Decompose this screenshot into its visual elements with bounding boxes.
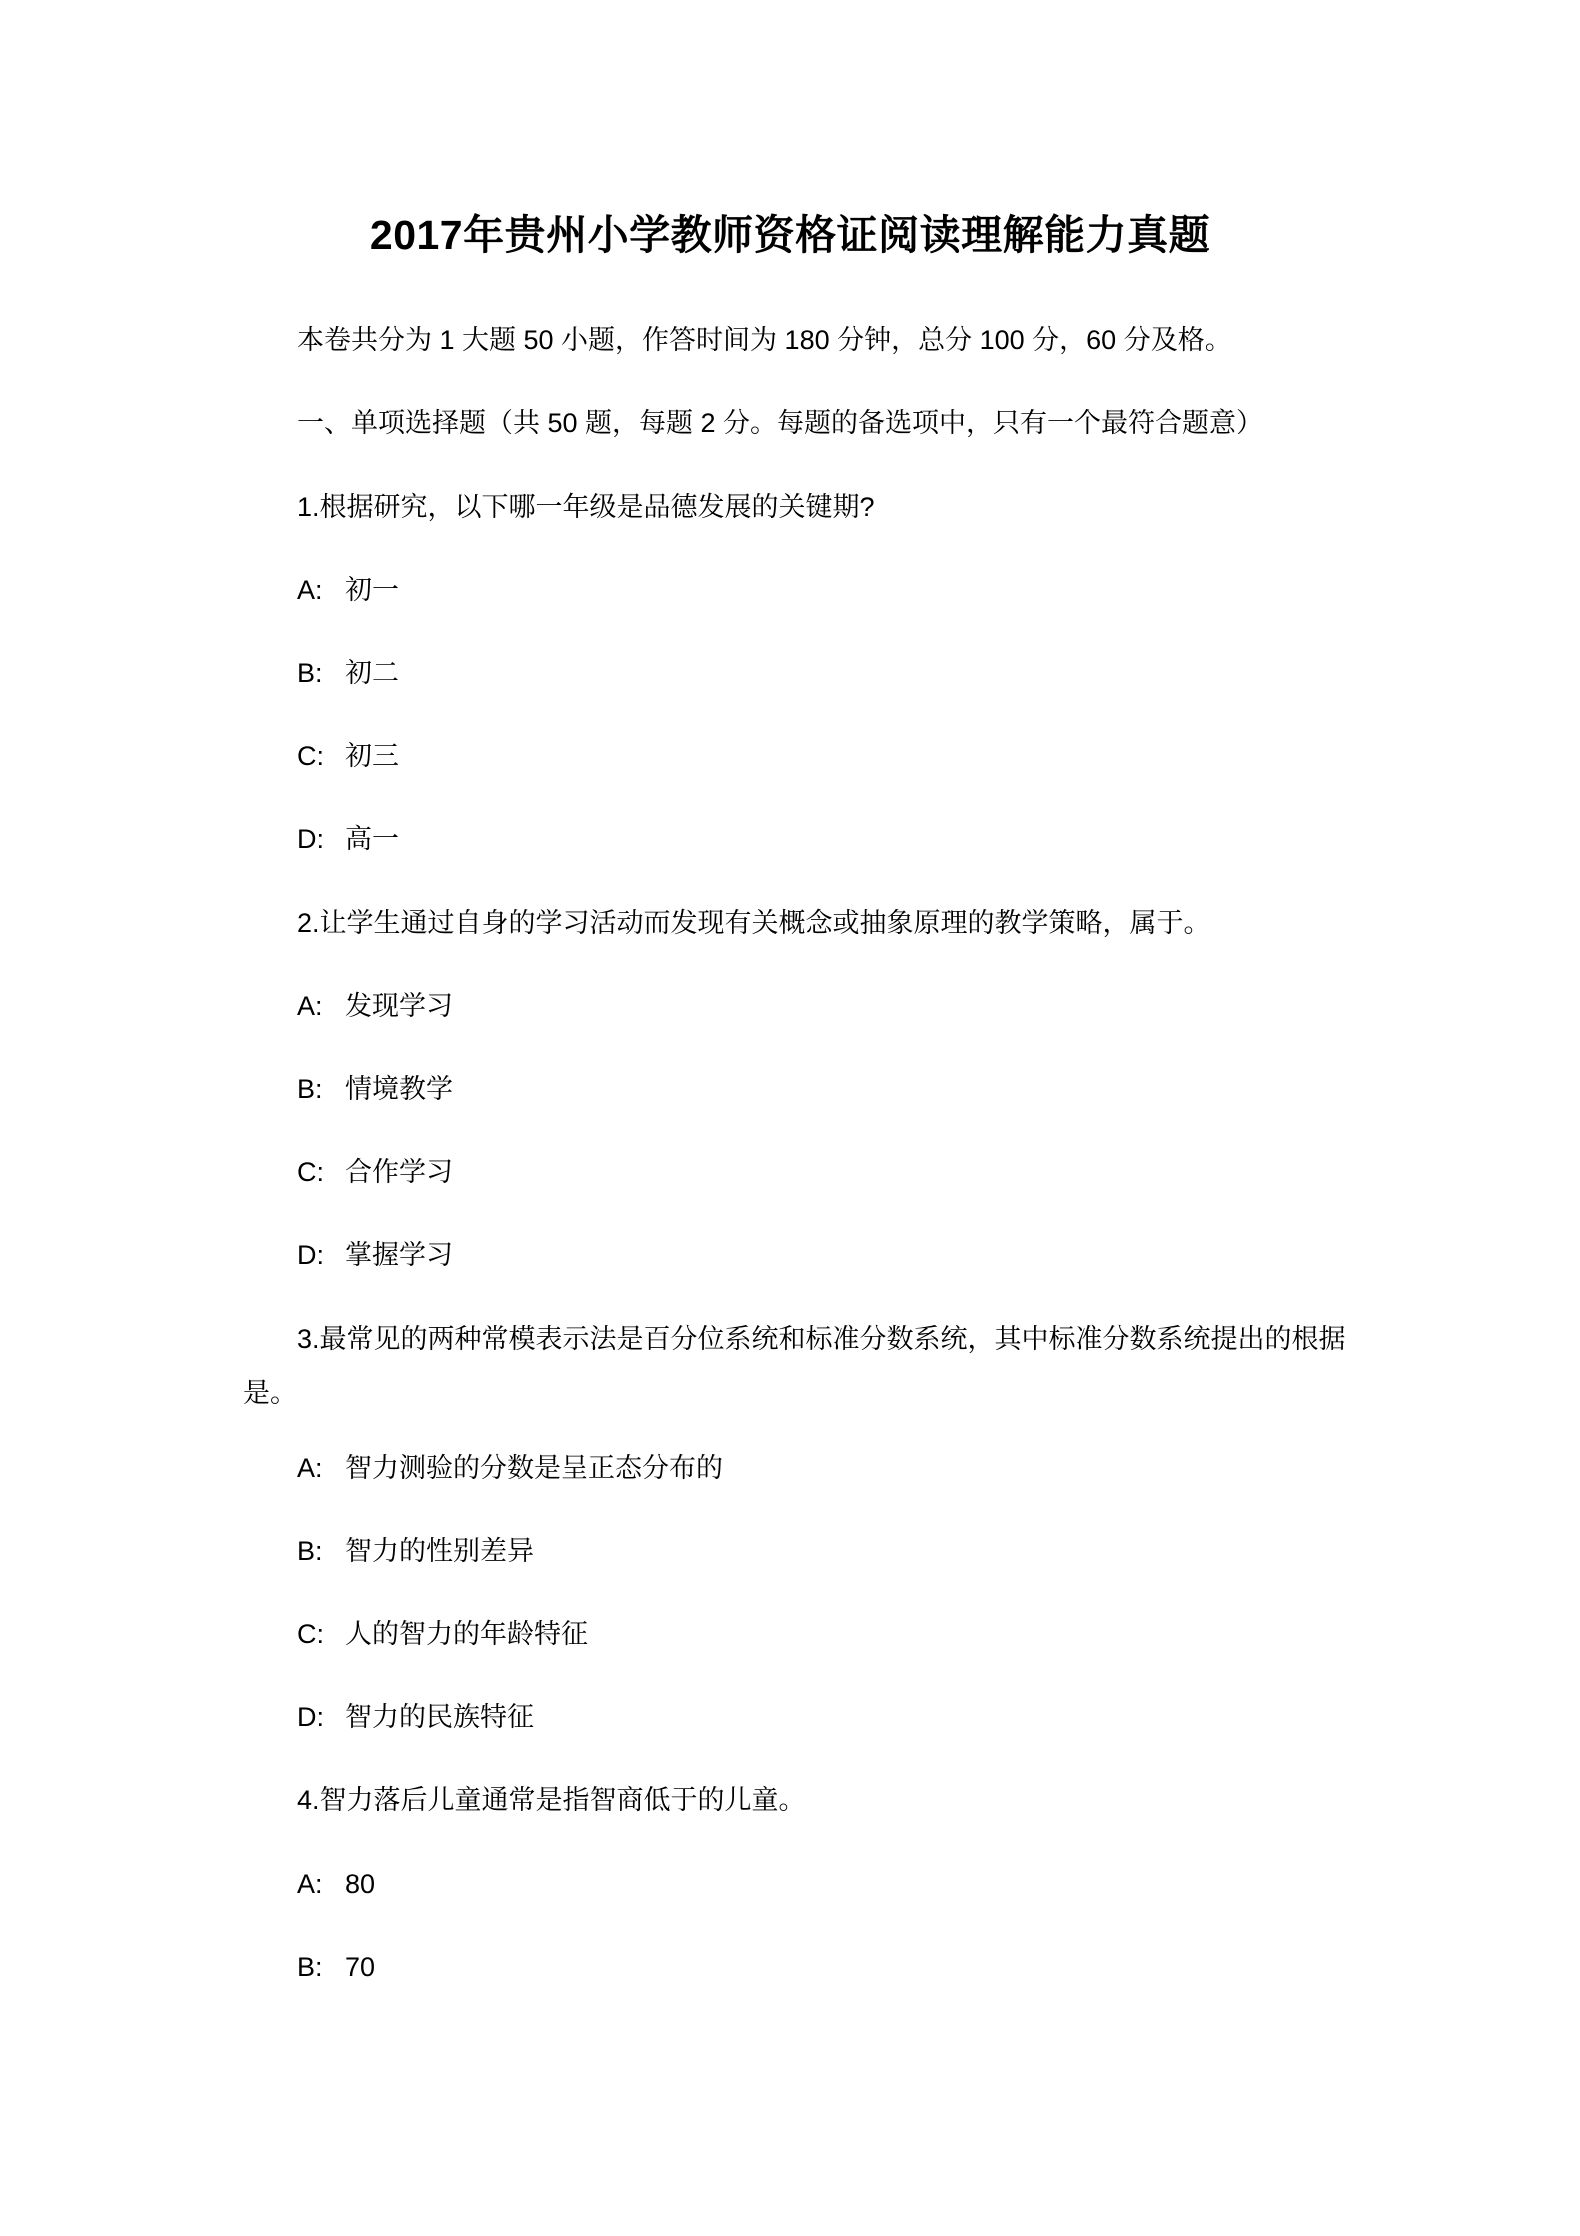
option-letter: A: [297, 572, 345, 608]
option-text: 人的智力的年龄特征 [345, 1619, 588, 1649]
option-text: 智力的性别差异 [345, 1536, 534, 1566]
option-text: 70 [345, 1952, 375, 1982]
question-1-option-d: D:高一 [297, 821, 399, 857]
question-4-stem: 4.智力落后儿童通常是指智商低于的儿童。 [297, 1782, 806, 1818]
option-letter: D: [297, 821, 345, 857]
option-letter: D: [297, 1237, 345, 1273]
option-text: 初一 [345, 575, 399, 605]
question-3-option-a: A:智力测验的分数是呈正态分布的 [297, 1450, 723, 1486]
document-title: 2017年贵州小学教师资格证阅读理解能力真题 [0, 205, 1580, 265]
question-4-option-b: B:70 [297, 1949, 375, 1985]
option-text: 智力测验的分数是呈正态分布的 [345, 1453, 723, 1483]
option-text: 发现学习 [345, 991, 453, 1021]
option-letter: A: [297, 1450, 345, 1486]
option-text: 高一 [345, 824, 399, 854]
question-2-option-d: D:掌握学习 [297, 1237, 453, 1273]
option-text: 情境教学 [345, 1074, 453, 1104]
question-2-stem: 2.让学生通过自身的学习活动而发现有关概念或抽象原理的教学策略，属于。 [297, 905, 1211, 941]
option-text: 合作学习 [345, 1157, 453, 1187]
question-3-option-c: C:人的智力的年龄特征 [297, 1616, 588, 1652]
question-3-stem: 3.最常见的两种常模表示法是百分位系统和标准分数系统，其中标准分数系统提出的根据… [243, 1312, 1353, 1420]
option-letter: B: [297, 1071, 345, 1107]
question-4-option-a: A:80 [297, 1866, 375, 1902]
option-letter: B: [297, 1533, 345, 1569]
option-letter: B: [297, 1949, 345, 1985]
question-1-option-b: B:初二 [297, 655, 399, 691]
option-letter: D: [297, 1699, 345, 1735]
option-text: 掌握学习 [345, 1240, 453, 1270]
document-page: 2017年贵州小学教师资格证阅读理解能力真题 本卷共分为 1 大题 50 小题，… [0, 0, 1580, 2236]
option-letter: A: [297, 988, 345, 1024]
option-letter: C: [297, 1154, 345, 1190]
option-letter: C: [297, 1616, 345, 1652]
option-letter: A: [297, 1866, 345, 1902]
exam-intro: 本卷共分为 1 大题 50 小题，作答时间为 180 分钟，总分 100 分，6… [297, 322, 1232, 358]
question-2-option-b: B:情境教学 [297, 1071, 453, 1107]
option-text: 初二 [345, 658, 399, 688]
question-1-option-a: A:初一 [297, 572, 399, 608]
question-1-option-c: C:初三 [297, 738, 399, 774]
question-1-stem: 1.根据研究，以下哪一年级是品德发展的关键期? [297, 489, 875, 525]
option-text: 80 [345, 1869, 375, 1899]
question-2-option-c: C:合作学习 [297, 1154, 453, 1190]
option-text: 初三 [345, 741, 399, 771]
option-text: 智力的民族特征 [345, 1702, 534, 1732]
question-2-option-a: A:发现学习 [297, 988, 453, 1024]
question-3-option-d: D:智力的民族特征 [297, 1699, 534, 1735]
question-3-option-b: B:智力的性别差异 [297, 1533, 534, 1569]
option-letter: C: [297, 738, 345, 774]
option-letter: B: [297, 655, 345, 691]
section-heading: 一、单项选择题（共 50 题，每题 2 分。每题的备选项中，只有一个最符合题意） [297, 405, 1263, 441]
